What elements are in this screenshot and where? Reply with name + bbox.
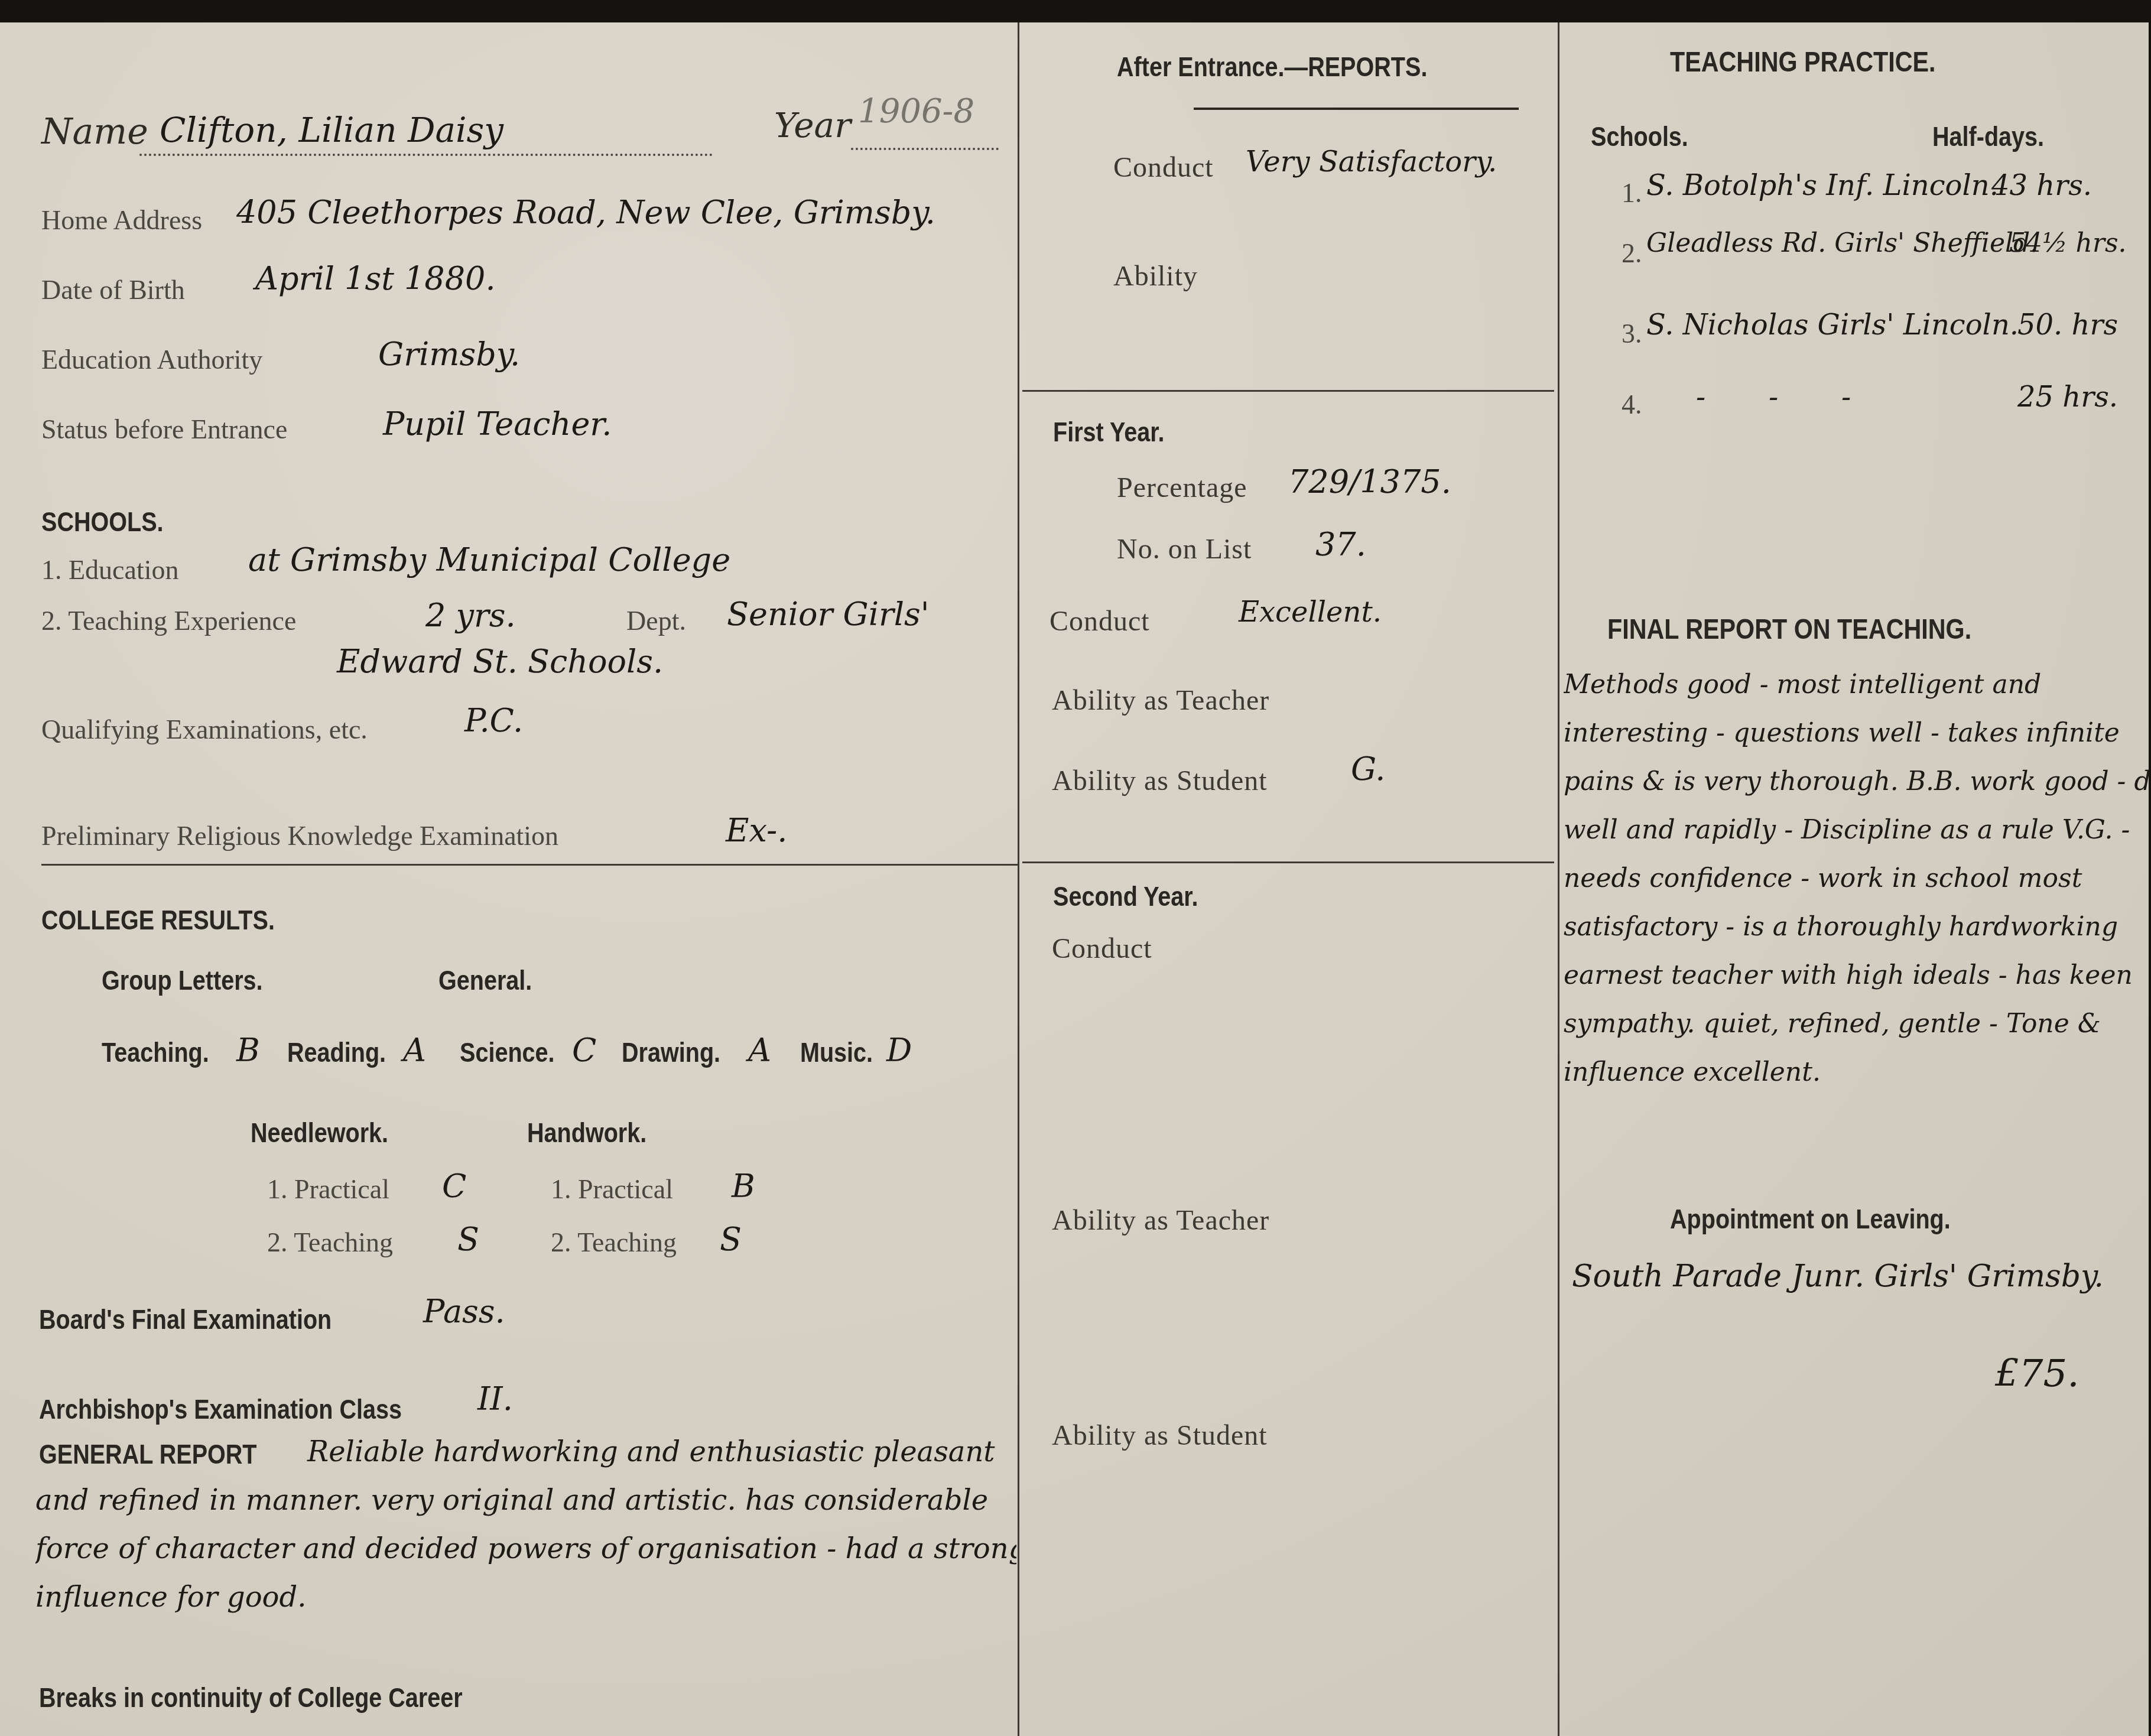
tp-row-halfdays: 43 hrs. xyxy=(1991,169,2092,202)
student-record-card: Name Clifton, Lilian Daisy Year 1906-8 H… xyxy=(0,22,2149,1736)
first-year-ability-student-value: G. xyxy=(1351,750,1385,788)
final-report-line: influence excellent. xyxy=(1564,1048,2149,1097)
year-value: 1906-8 xyxy=(858,92,974,131)
status-value: Pupil Teacher. xyxy=(383,405,612,443)
religious-exam-label: Preliminary Religious Knowledge Examinat… xyxy=(41,820,558,851)
first-year-ability-student-label: Ability as Student xyxy=(1052,765,1268,797)
subject-reading-grade: A xyxy=(403,1032,426,1069)
qualifying-value: P.C. xyxy=(464,702,523,739)
tp-row-halfdays: 25 hrs. xyxy=(2017,381,2118,414)
archbishop-value: II. xyxy=(477,1380,513,1418)
tp-row-school: - - - xyxy=(1696,381,1851,414)
group-letters-label: Group Letters. xyxy=(102,964,263,996)
needlework-heading: Needlework. xyxy=(251,1117,388,1149)
no-on-list-value: 37. xyxy=(1315,526,1366,563)
home-address-value: 405 Cleethorpes Road, New Clee, Grimsby. xyxy=(236,194,935,231)
final-report-text: Methods good - most intelligent and inte… xyxy=(1564,661,2149,1097)
final-report-line: needs confidence - work in school most xyxy=(1564,854,2149,903)
handwork-teaching-grade: S xyxy=(720,1221,742,1258)
name-dotted-line xyxy=(139,154,713,156)
education-authority-value: Grimsby. xyxy=(378,336,520,373)
handwork-heading: Handwork. xyxy=(527,1117,646,1149)
final-report-heading: FINAL REPORT ON TEACHING. xyxy=(1607,613,1971,646)
appointment-heading: Appointment on Leaving. xyxy=(1670,1203,1951,1235)
appointment-value: South Parade Junr. Girls' Grimsby. xyxy=(1572,1259,2104,1294)
after-entrance-conduct-label: Conduct xyxy=(1113,151,1214,184)
general-report-line: force of character and decided powers of… xyxy=(35,1524,1016,1573)
education-label: 1. Education xyxy=(41,554,179,586)
appointment-salary: £75. xyxy=(1995,1352,2079,1396)
after-entrance-ability-label: Ability xyxy=(1113,260,1198,292)
name-label: Name xyxy=(41,111,148,152)
general-label: General. xyxy=(438,964,532,996)
section-divider-mid-2 xyxy=(1022,862,1554,863)
needlework-practical-label: 1. Practical xyxy=(267,1173,389,1205)
tp-row-halfdays: 54½ hrs. xyxy=(2009,228,2127,258)
year-label: Year xyxy=(774,105,851,145)
boards-final-label: Board's Final Examination xyxy=(39,1303,332,1335)
archbishop-label: Archbishop's Examination Class xyxy=(39,1393,402,1425)
first-year-conduct-label: Conduct xyxy=(1049,605,1150,638)
first-year-ability-teacher-label: Ability as Teacher xyxy=(1052,684,1269,717)
education-authority-label: Education Authority xyxy=(41,344,262,375)
handwork-practical-label: 1. Practical xyxy=(551,1173,673,1205)
subject-drawing-label: Drawing. xyxy=(622,1036,720,1068)
college-results-heading: COLLEGE RESULTS. xyxy=(41,904,275,936)
tp-row-number: 2. xyxy=(1622,238,1642,269)
tp-row-school: S. Botolph's Inf. Lincoln. xyxy=(1646,169,1999,202)
subject-music-label: Music. xyxy=(800,1036,873,1068)
tp-row-number: 4. xyxy=(1622,389,1642,420)
education-value: at Grimsby Municipal College xyxy=(248,541,730,578)
name-value: Clifton, Lilian Daisy xyxy=(160,110,503,150)
teaching-experience-value: 2 yrs. xyxy=(425,597,516,634)
final-report-line: Methods good - most intelligent and xyxy=(1564,661,2149,709)
general-report-line: and refined in manner. very original and… xyxy=(35,1476,1016,1524)
tp-row-school: S. Nicholas Girls' Lincoln. xyxy=(1646,308,2019,342)
year-dotted-line xyxy=(851,148,999,150)
handwork-practical-grade: B xyxy=(732,1168,755,1205)
needlework-practical-grade: C xyxy=(442,1168,466,1205)
second-year-conduct-label: Conduct xyxy=(1052,932,1152,965)
tp-halfdays-column-header: Half-days. xyxy=(1932,121,2044,152)
breaks-label: Breaks in continuity of College Career xyxy=(39,1682,463,1714)
first-year-conduct-value: Excellent. xyxy=(1239,596,1382,629)
second-year-ability-teacher-label: Ability as Teacher xyxy=(1052,1204,1269,1237)
needlework-teaching-grade: S xyxy=(457,1221,479,1258)
needlework-teaching-label: 2. Teaching xyxy=(267,1227,393,1258)
boards-final-value: Pass. xyxy=(423,1293,505,1330)
dept-value: Senior Girls' xyxy=(727,596,930,633)
school-value: Edward St. Schools. xyxy=(337,643,663,680)
general-report-line: Reliable hardworking and enthusiastic pl… xyxy=(35,1428,1016,1476)
final-report-line: well and rapidly - Discipline as a rule … xyxy=(1564,806,2149,854)
handwork-teaching-label: 2. Teaching xyxy=(551,1227,677,1258)
subject-reading-label: Reading. xyxy=(287,1036,386,1068)
teaching-experience-label: 2. Teaching Experience xyxy=(41,605,296,636)
dob-value: April 1st 1880. xyxy=(255,260,496,297)
second-year-ability-student-label: Ability as Student xyxy=(1052,1419,1268,1452)
final-report-line: interesting - questions well - takes inf… xyxy=(1564,709,2149,758)
general-report-line: influence for good. xyxy=(35,1573,1016,1621)
after-entrance-heading: After Entrance.—REPORTS. xyxy=(1117,51,1427,83)
first-year-heading: First Year. xyxy=(1053,416,1164,448)
religious-exam-value: Ex-. xyxy=(726,812,787,849)
teaching-practice-heading: TEACHING PRACTICE. xyxy=(1670,46,1936,79)
subject-science-label: Science. xyxy=(460,1036,555,1068)
dob-label: Date of Birth xyxy=(41,274,185,305)
conduct-underline xyxy=(1194,108,1519,110)
subject-drawing-grade: A xyxy=(748,1032,771,1069)
percentage-value: 729/1375. xyxy=(1288,463,1451,500)
home-address-label: Home Address xyxy=(41,204,202,236)
column-divider-left xyxy=(1018,22,1019,1736)
subject-teaching-grade: B xyxy=(236,1032,260,1069)
final-report-line: sympathy. quiet, refined, gentle - Tone … xyxy=(1564,1000,2149,1048)
subject-teaching-label: Teaching. xyxy=(102,1036,209,1068)
tp-row-school: Gleadless Rd. Girls' Sheffield. xyxy=(1646,228,2038,258)
dept-label: Dept. xyxy=(626,605,686,636)
tp-row-number: 1. xyxy=(1622,177,1642,209)
final-report-line: satisfactory - is a thoroughly hardworki… xyxy=(1564,903,2149,951)
subject-science-grade: C xyxy=(572,1032,596,1069)
qualifying-label: Qualifying Examinations, etc. xyxy=(41,714,368,745)
subject-music-grade: D xyxy=(886,1032,912,1069)
status-label: Status before Entrance xyxy=(41,414,287,445)
final-report-line: earnest teacher with high ideals - has k… xyxy=(1564,951,2149,1000)
column-divider-right xyxy=(1558,22,1559,1736)
tp-schools-column-header: Schools. xyxy=(1591,121,1688,152)
schools-heading: SCHOOLS. xyxy=(41,506,164,538)
general-report-text: Reliable hardworking and enthusiastic pl… xyxy=(35,1428,1016,1621)
no-on-list-label: No. on List xyxy=(1117,533,1252,565)
section-divider-mid-1 xyxy=(1022,390,1554,392)
percentage-label: Percentage xyxy=(1117,472,1247,504)
tp-row-number: 3. xyxy=(1622,318,1642,349)
section-divider-left xyxy=(41,864,1018,866)
tp-row-halfdays: 50. hrs xyxy=(2017,308,2118,342)
second-year-heading: Second Year. xyxy=(1053,880,1198,912)
after-entrance-conduct-value: Very Satisfactory. xyxy=(1246,145,1497,178)
final-report-line: pains & is very thorough. B.B. work good… xyxy=(1564,758,2149,806)
